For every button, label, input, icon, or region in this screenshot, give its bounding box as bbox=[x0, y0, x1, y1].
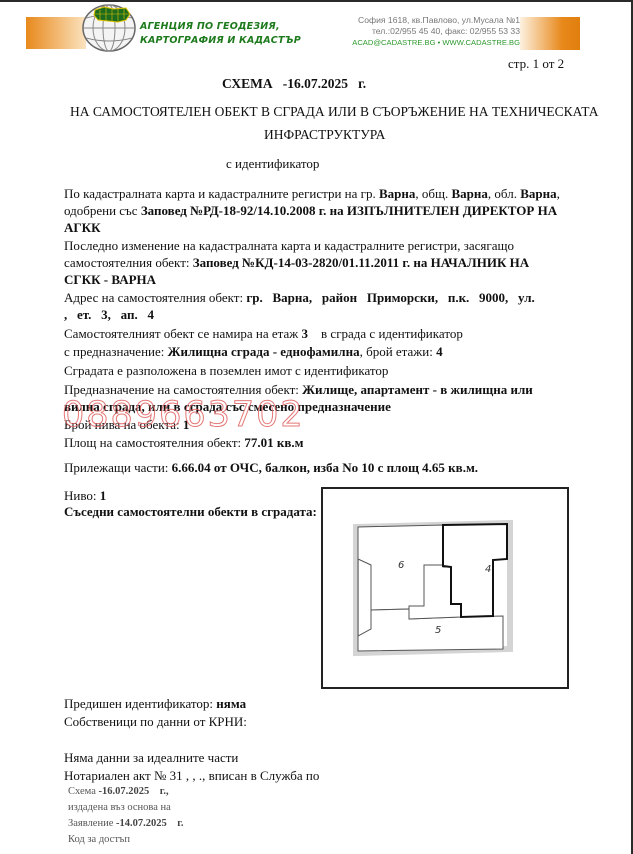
agency-address: София 1618, кв.Павлово, ул.Мусала №1 bbox=[340, 15, 520, 26]
address-label: Адрес на самостоятелния обект: bbox=[64, 290, 246, 305]
address-line2: , ет. 3, ап. 4 bbox=[64, 307, 154, 322]
footer-scheme: Схема -16.07.2025 г., bbox=[68, 785, 169, 799]
owners-label: Собственици по данни от КРНИ: bbox=[64, 713, 564, 730]
footer-application-label: Заявление bbox=[68, 818, 116, 829]
floor-plan-drawing: 6 4 5 bbox=[323, 489, 567, 687]
adjacent-parts: Прилежащи части: 6.66.04 от ОЧС, балкон,… bbox=[64, 459, 564, 476]
notary-act: Нотариален акт № 31 , , ., вписан в Служ… bbox=[64, 767, 564, 784]
cadastral-intro: По кадастралната карта и кадастралните р… bbox=[64, 186, 379, 201]
floor-scheme: 6 4 5 bbox=[321, 487, 569, 689]
floors-label: , брой етажи: bbox=[360, 344, 437, 359]
area-value: 77.01 кв.м bbox=[244, 435, 303, 450]
floor-label: Самостоятелният обект се намира на етаж bbox=[64, 326, 302, 341]
globe-bulgaria-map-icon bbox=[80, 2, 138, 52]
floor-info: Самостоятелният обект се намира на етаж … bbox=[64, 325, 564, 342]
identifier-label: с идентификатор bbox=[226, 155, 319, 172]
land-plot-info: Сградата е разположена в поземлен имот с… bbox=[64, 362, 564, 379]
region-label: , обл. bbox=[488, 186, 520, 201]
cadastral-info: По кадастралната карта и кадастралните р… bbox=[64, 185, 564, 236]
agency-contact: София 1618, кв.Павлово, ул.Мусала №1 тел… bbox=[340, 15, 520, 48]
header-left-gradient bbox=[26, 17, 86, 49]
municipality: Варна bbox=[452, 186, 488, 201]
floors-value: 4 bbox=[436, 344, 443, 359]
document-subtitle-line1: НА САМОСТОЯТЕЛЕН ОБЕКТ В СГРАДА ИЛИ В СЪ… bbox=[70, 103, 599, 120]
ideal-parts: Няма данни за идеалните части bbox=[64, 749, 564, 766]
object-purpose-label: Предназначение на самостоятелния обект: bbox=[64, 382, 302, 397]
footer-application-date: -14.07.2025 г. bbox=[116, 818, 183, 829]
agency-name-line1: АГЕНЦИЯ ПО ГЕОДЕЗИЯ, bbox=[140, 20, 301, 34]
footer-application: Заявление -14.07.2025 г. bbox=[68, 817, 183, 831]
footer-scheme-label: Схема bbox=[68, 786, 99, 797]
page-number: стр. 1 от 2 bbox=[508, 56, 564, 72]
document-subtitle-line2: ИНФРАСТРУКТУРА bbox=[264, 126, 385, 143]
area-info: Площ на самостоятелния обект: 77.01 кв.м bbox=[64, 434, 564, 451]
footer-access-code: Код за достъп bbox=[68, 833, 130, 847]
building-id-label: в сграда с идентификатор bbox=[308, 326, 463, 341]
address-line1: гр. Варна, район Приморски, п.к. 9000, у… bbox=[246, 290, 534, 305]
levels-info: Брой нива на обекта: 1 bbox=[64, 416, 564, 433]
adjacent-value: 6.66.04 от ОЧС, балкон, изба No 10 с пло… bbox=[172, 460, 478, 475]
last-change-info: Последно изменение на кадастралната карт… bbox=[64, 237, 564, 288]
document-title: СХЕМА -16.07.2025 г. bbox=[222, 75, 366, 92]
agency-name-line2: КАРТОГРАФИЯ И КАДАСТЪР bbox=[140, 34, 301, 48]
building-purpose: с предназначение: Жилищна сграда - едноф… bbox=[64, 343, 564, 360]
level-label: Ниво: bbox=[64, 488, 100, 503]
levels-label: Брой нива на обекта: bbox=[64, 417, 183, 432]
unit-4-label: 4 bbox=[485, 564, 491, 575]
previous-id-label: Предишен идентификатор: bbox=[64, 696, 216, 711]
header-right-gradient bbox=[520, 17, 580, 50]
levels-value: 1 bbox=[183, 417, 190, 432]
area-label: Площ на самостоятелния обект: bbox=[64, 435, 244, 450]
municipality-label: , общ. bbox=[415, 186, 451, 201]
object-address: Адрес на самостоятелния обект: гр. Варна… bbox=[64, 289, 564, 323]
agency-name: АГЕНЦИЯ ПО ГЕОДЕЗИЯ, КАРТОГРАФИЯ И КАДАС… bbox=[140, 20, 301, 48]
previous-id-value: няма bbox=[216, 696, 246, 711]
previous-identifier: Предишен идентификатор: няма bbox=[64, 695, 564, 712]
agency-email-web: ACAD@CADASTRE.BG • WWW.CADASTRE.BG bbox=[340, 37, 520, 48]
unit-5-label: 5 bbox=[435, 625, 441, 636]
object-purpose: Предназначение на самостоятелния обект: … bbox=[64, 381, 564, 415]
building-purpose-value: Жилищна сграда - еднофамилна bbox=[168, 344, 360, 359]
adjacent-label: Прилежащи части: bbox=[64, 460, 172, 475]
footer-issued-on: издадена въз основа на bbox=[68, 801, 171, 815]
unit-6-label: 6 bbox=[398, 560, 404, 571]
footer-scheme-date: -16.07.2025 г., bbox=[99, 786, 169, 797]
agency-phone-fax: тел.:02/955 45 40, факс: 02/955 53 33 bbox=[340, 26, 520, 37]
city: Варна bbox=[379, 186, 415, 201]
region: Варна bbox=[520, 186, 556, 201]
level-value: 1 bbox=[100, 488, 107, 503]
building-purpose-label: с предназначение: bbox=[64, 344, 168, 359]
